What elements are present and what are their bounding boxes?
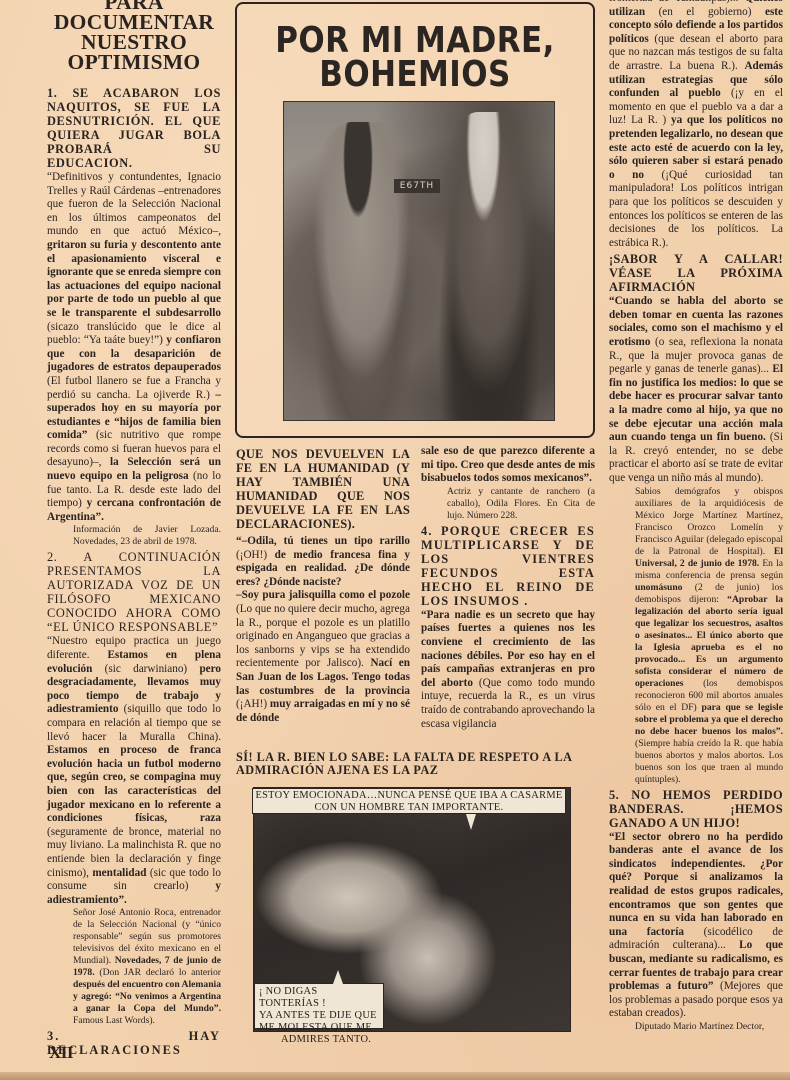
figure-right <box>434 112 544 421</box>
section-5-quote: “El sector obrero no ha perdido banderas… <box>609 831 783 1021</box>
headline: POR MI MADRE, BOHEMIOS <box>262 24 568 92</box>
bubble-line: ME MOLESTA QUE ME <box>259 1022 379 1034</box>
speech-tail <box>333 970 343 984</box>
section-1-quote: “Definitivos y contundentes, Ignacio Tre… <box>47 171 221 524</box>
title-line: NUESTRO <box>47 32 221 52</box>
title-line: OPTIMISMO <box>47 52 221 72</box>
center-right-column: sale eso de que parezco diferente a mi t… <box>421 445 595 731</box>
bubble-line: ESTOY EMOCIONADA…NUNCA PENSÉ QUE IBA A C… <box>253 790 565 802</box>
headline-line: BOHEMIOS <box>262 58 568 92</box>
speech-bubble-top: ESTOY EMOCIONADA…NUNCA PENSÉ QUE IBA A C… <box>252 788 566 814</box>
section-3-source: Actriz y cantante de ranchero (a caballo… <box>447 486 595 522</box>
section-5-source: Diputado Mario Martínez Dector, <box>635 1021 783 1033</box>
section-5-heading: 5. NO HEMOS PERDIDO BANDERAS. ¡HEMOS GAN… <box>609 788 783 830</box>
speech-tail <box>466 814 476 830</box>
bubble-line: YA ANTES TE DIJE QUE <box>259 1010 379 1022</box>
street-sign: E67TH <box>394 179 440 193</box>
section-3-quote-continued: sale eso de que parezco diferente a mi t… <box>421 445 595 486</box>
bubble-line: ¡ NO DIGAS TONTERÍAS ! <box>259 986 379 1010</box>
figure-left <box>304 122 424 421</box>
section-2-heading: 2. A CONTINUACIÓN PRESENTAMOS LA AUTORIZ… <box>47 550 221 634</box>
title-line: DOCUMENTAR <box>47 12 221 32</box>
right-column: fronteriza de Tamaulipas)... Quienes uti… <box>609 0 783 1033</box>
section-4-quote-continued: fronteriza de Tamaulipas)... Quienes uti… <box>609 0 783 250</box>
section-4-heading: 4. PORQUE CRECER ES MULTIPLICARSE Y DE L… <box>421 524 595 608</box>
bubble-line: CON UN HOMBRE TAN IMPORTANTE. <box>253 802 565 814</box>
speech-bubble-bottom: ¡ NO DIGAS TONTERÍAS ! YA ANTES TE DIJE … <box>254 983 384 1029</box>
section-2-source: Señor José Antonio Roca, entrenador de l… <box>73 907 221 1027</box>
page-bottom-edge <box>0 1072 790 1080</box>
section-3-heading-continued: QUE NOS DEVUELVEN LA FE EN LA HUMANIDAD … <box>236 447 410 531</box>
section-1-heading: 1. SE ACABARON LOS NAQUITOS, SE FUE LA D… <box>47 86 221 170</box>
section-2-quote: “Nuestro equipo practica un juego difere… <box>47 635 221 907</box>
section-1-source: Información de Javier Lozada. Novedades,… <box>73 524 221 548</box>
center-left-column: QUE NOS DEVUELVEN LA FE EN LA HUMANIDAD … <box>236 445 410 725</box>
sabor-quote: “Cuando se habla del aborto se deben tom… <box>609 295 783 485</box>
section-3-heading: 3. HAY DECLARACIONES <box>47 1029 221 1057</box>
bubble-line: ADMIRES TANTO. <box>259 1034 379 1046</box>
sabor-heading: ¡SABOR Y A CALLAR! VÉASE LA PRÓXIMA AFIR… <box>609 252 783 294</box>
sabor-source: Sabios demógrafos y obispos auxiliares d… <box>635 486 783 786</box>
comic-heading: SÍ! LA R. BIEN LO SABE: LA FALTA DE RESP… <box>236 751 591 777</box>
photo-two-figures: E67TH <box>283 101 555 421</box>
section-title: PARA DOCUMENTAR NUESTRO OPTIMISMO <box>47 0 221 72</box>
headline-line: POR MI MADRE, <box>262 24 568 58</box>
left-column: PARA DOCUMENTAR NUESTRO OPTIMISMO 1. SE … <box>47 0 221 1058</box>
page-number: XII <box>49 1043 73 1063</box>
section-4-quote: “Para nadie es un secreto que hay países… <box>421 609 595 731</box>
section-3-quote: “–Odila, tú tienes un tipo rarillo (¡OH!… <box>236 535 410 725</box>
